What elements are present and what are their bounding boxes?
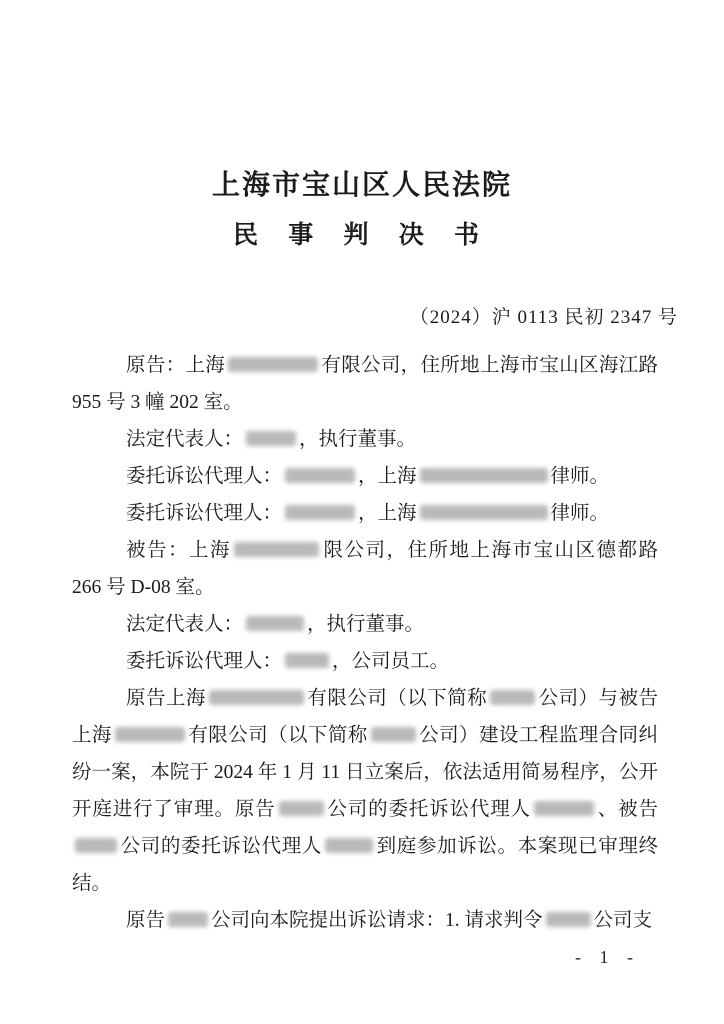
paragraph: 委托诉讼代理人：，公司员工。 <box>72 643 658 680</box>
redacted-text <box>234 542 319 557</box>
redacted-text <box>285 653 329 668</box>
redacted-text <box>75 838 117 853</box>
redacted-text <box>490 690 535 705</box>
body-text: 委托诉讼代理人： <box>126 651 282 672</box>
judgment-page: 上海市宝山区人民法院 民 事 判 决 书 （2024）沪 0113 民初 234… <box>0 0 724 1024</box>
body-text: 公司支 <box>594 910 653 931</box>
body-text: 委托诉讼代理人： <box>126 466 282 487</box>
redacted-text <box>325 838 373 853</box>
redacted-text <box>246 431 296 446</box>
redacted-text <box>420 468 548 483</box>
redacted-text <box>209 690 304 705</box>
document-type-title: 民 事 判 决 书 <box>0 223 724 248</box>
body-text: ，执行董事。 <box>307 614 424 635</box>
body-text: 委托诉讼代理人： <box>126 503 282 524</box>
body-text: 原告 <box>126 910 165 931</box>
paragraph: 原告：上海有限公司，住所地上海市宝山区海江路 955 号 3 幢 202 室。 <box>72 347 658 421</box>
document-body: 原告：上海有限公司，住所地上海市宝山区海江路 955 号 3 幢 202 室。法… <box>72 347 658 939</box>
body-text: 律师。 <box>551 466 610 487</box>
paragraph: 被告：上海限公司，住所地上海市宝山区德都路 266 号 D-08 室。 <box>72 532 658 606</box>
redacted-text <box>420 505 548 520</box>
redacted-text <box>246 616 304 631</box>
paragraph: 法定代表人：，执行董事。 <box>72 606 658 643</box>
body-text: ，上海 <box>358 503 417 524</box>
paragraph: 原告上海有限公司（以下简称公司）与被告上海有限公司（以下简称公司）建设工程监理合… <box>72 680 658 902</box>
redacted-text <box>228 357 318 372</box>
redacted-text <box>279 801 324 816</box>
court-name: 上海市宝山区人民法院 <box>0 172 724 200</box>
body-text: ，公司员工。 <box>332 651 449 672</box>
body-text: 法定代表人： <box>126 614 243 635</box>
body-text: 法定代表人： <box>126 429 243 450</box>
paragraph: 委托诉讼代理人：，上海律师。 <box>72 495 658 532</box>
paragraph: 委托诉讼代理人：，上海律师。 <box>72 458 658 495</box>
body-text: 公司的委托诉讼代理人 <box>120 836 322 857</box>
body-text: 、被告 <box>597 799 658 820</box>
page-number: - 1 - <box>575 947 640 968</box>
redacted-text <box>546 912 591 927</box>
body-text: 律师。 <box>551 503 610 524</box>
body-text: ，执行董事。 <box>299 429 416 450</box>
body-text: ，上海 <box>358 466 417 487</box>
body-text: 原告：上海 <box>126 355 225 376</box>
redacted-text <box>534 801 594 816</box>
redacted-text <box>371 727 416 742</box>
body-text: 有限公司（以下简称 <box>307 688 487 709</box>
redacted-text <box>115 727 185 742</box>
paragraph: 法定代表人：，执行董事。 <box>72 421 658 458</box>
body-text: 被告：上海 <box>126 540 231 561</box>
body-text: 公司向本院提出诉讼请求：1. 请求判令 <box>211 910 543 931</box>
body-text: 公司的委托诉讼代理人 <box>327 799 531 820</box>
paragraph: 原告公司向本院提出诉讼请求：1. 请求判令公司支 <box>72 902 658 939</box>
body-text: 有限公司（以下简称 <box>188 725 368 746</box>
case-number: （2024）沪 0113 民初 2347 号 <box>0 308 678 327</box>
redacted-text <box>168 912 208 927</box>
redacted-text <box>285 505 355 520</box>
redacted-text <box>285 468 355 483</box>
body-text: 原告上海 <box>126 688 206 709</box>
